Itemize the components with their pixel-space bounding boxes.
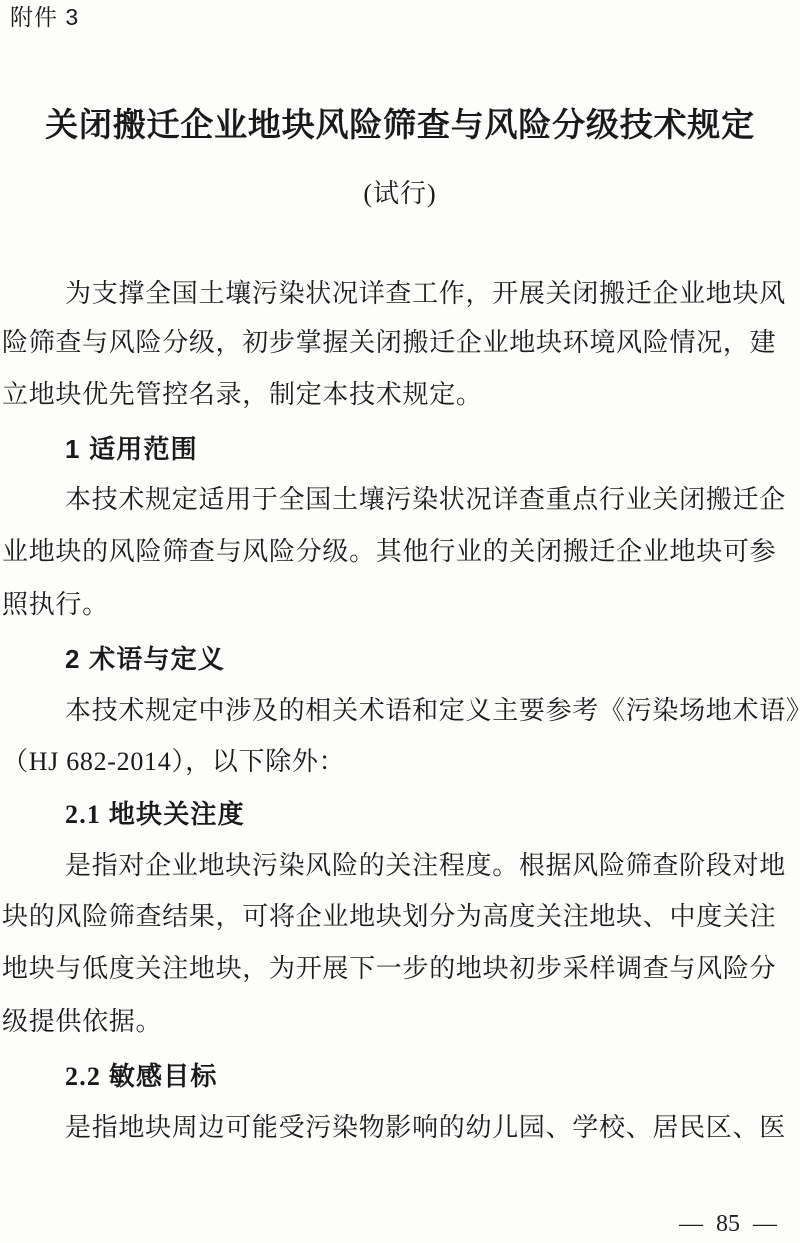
section-heading-1: 1 适用范围 [65,436,198,462]
document-subtitle: (试行) [0,181,800,207]
paragraph-line: 本技术规定适用于全国土壤污染状况详查重点行业关闭搬迁企 [65,487,786,513]
paragraph-line: 业地块的风险筛查与风险分级。其他行业的关闭搬迁企业地块可参 [2,539,776,565]
attachment-label: 附件 3 [10,6,79,29]
paragraph-line: 地块与低度关注地块，为开展下一步的地块初步采样调查与风险分 [2,956,776,982]
paragraph-line: 是指对企业地块污染风险的关注程度。根据风险筛查阶段对地 [65,853,786,879]
paragraph-line: 为支撑全国土壤污染状况详查工作，开展关闭搬迁企业地块风 [65,281,786,307]
document-title: 关闭搬迁企业地块风险筛查与风险分级技术规定 [0,108,800,141]
section-heading-2-2: 2.2 敏感目标 [65,1064,218,1090]
paragraph-line: 级提供依据。 [2,1009,162,1035]
section-heading-2-1: 2.1 地块关注度 [65,802,245,828]
paragraph-line: （HJ 682-2014），以下除外： [2,749,345,775]
paragraph-line: 本技术规定中涉及的相关术语和定义主要参考《污染场地术语》 [65,698,800,724]
section-heading-2: 2 术语与定义 [65,646,225,672]
paragraph-line: 险筛查与风险分级，初步掌握关闭搬迁企业地块环境风险情况，建 [2,330,776,356]
page-number: — 85 — [679,1212,777,1236]
paragraph-line: 照执行。 [2,592,109,618]
paragraph-line: 立地块优先管控名录，制定本技术规定。 [2,382,483,408]
document-page: 附件 3 关闭搬迁企业地块风险筛查与风险分级技术规定 (试行) 为支撑全国土壤污… [0,0,800,1243]
paragraph-line: 是指地块周边可能受污染物影响的幼儿园、学校、居民区、医 [65,1115,786,1141]
paragraph-line: 块的风险筛查结果，可将企业地块划分为高度关注地块、中度关注 [2,904,776,930]
